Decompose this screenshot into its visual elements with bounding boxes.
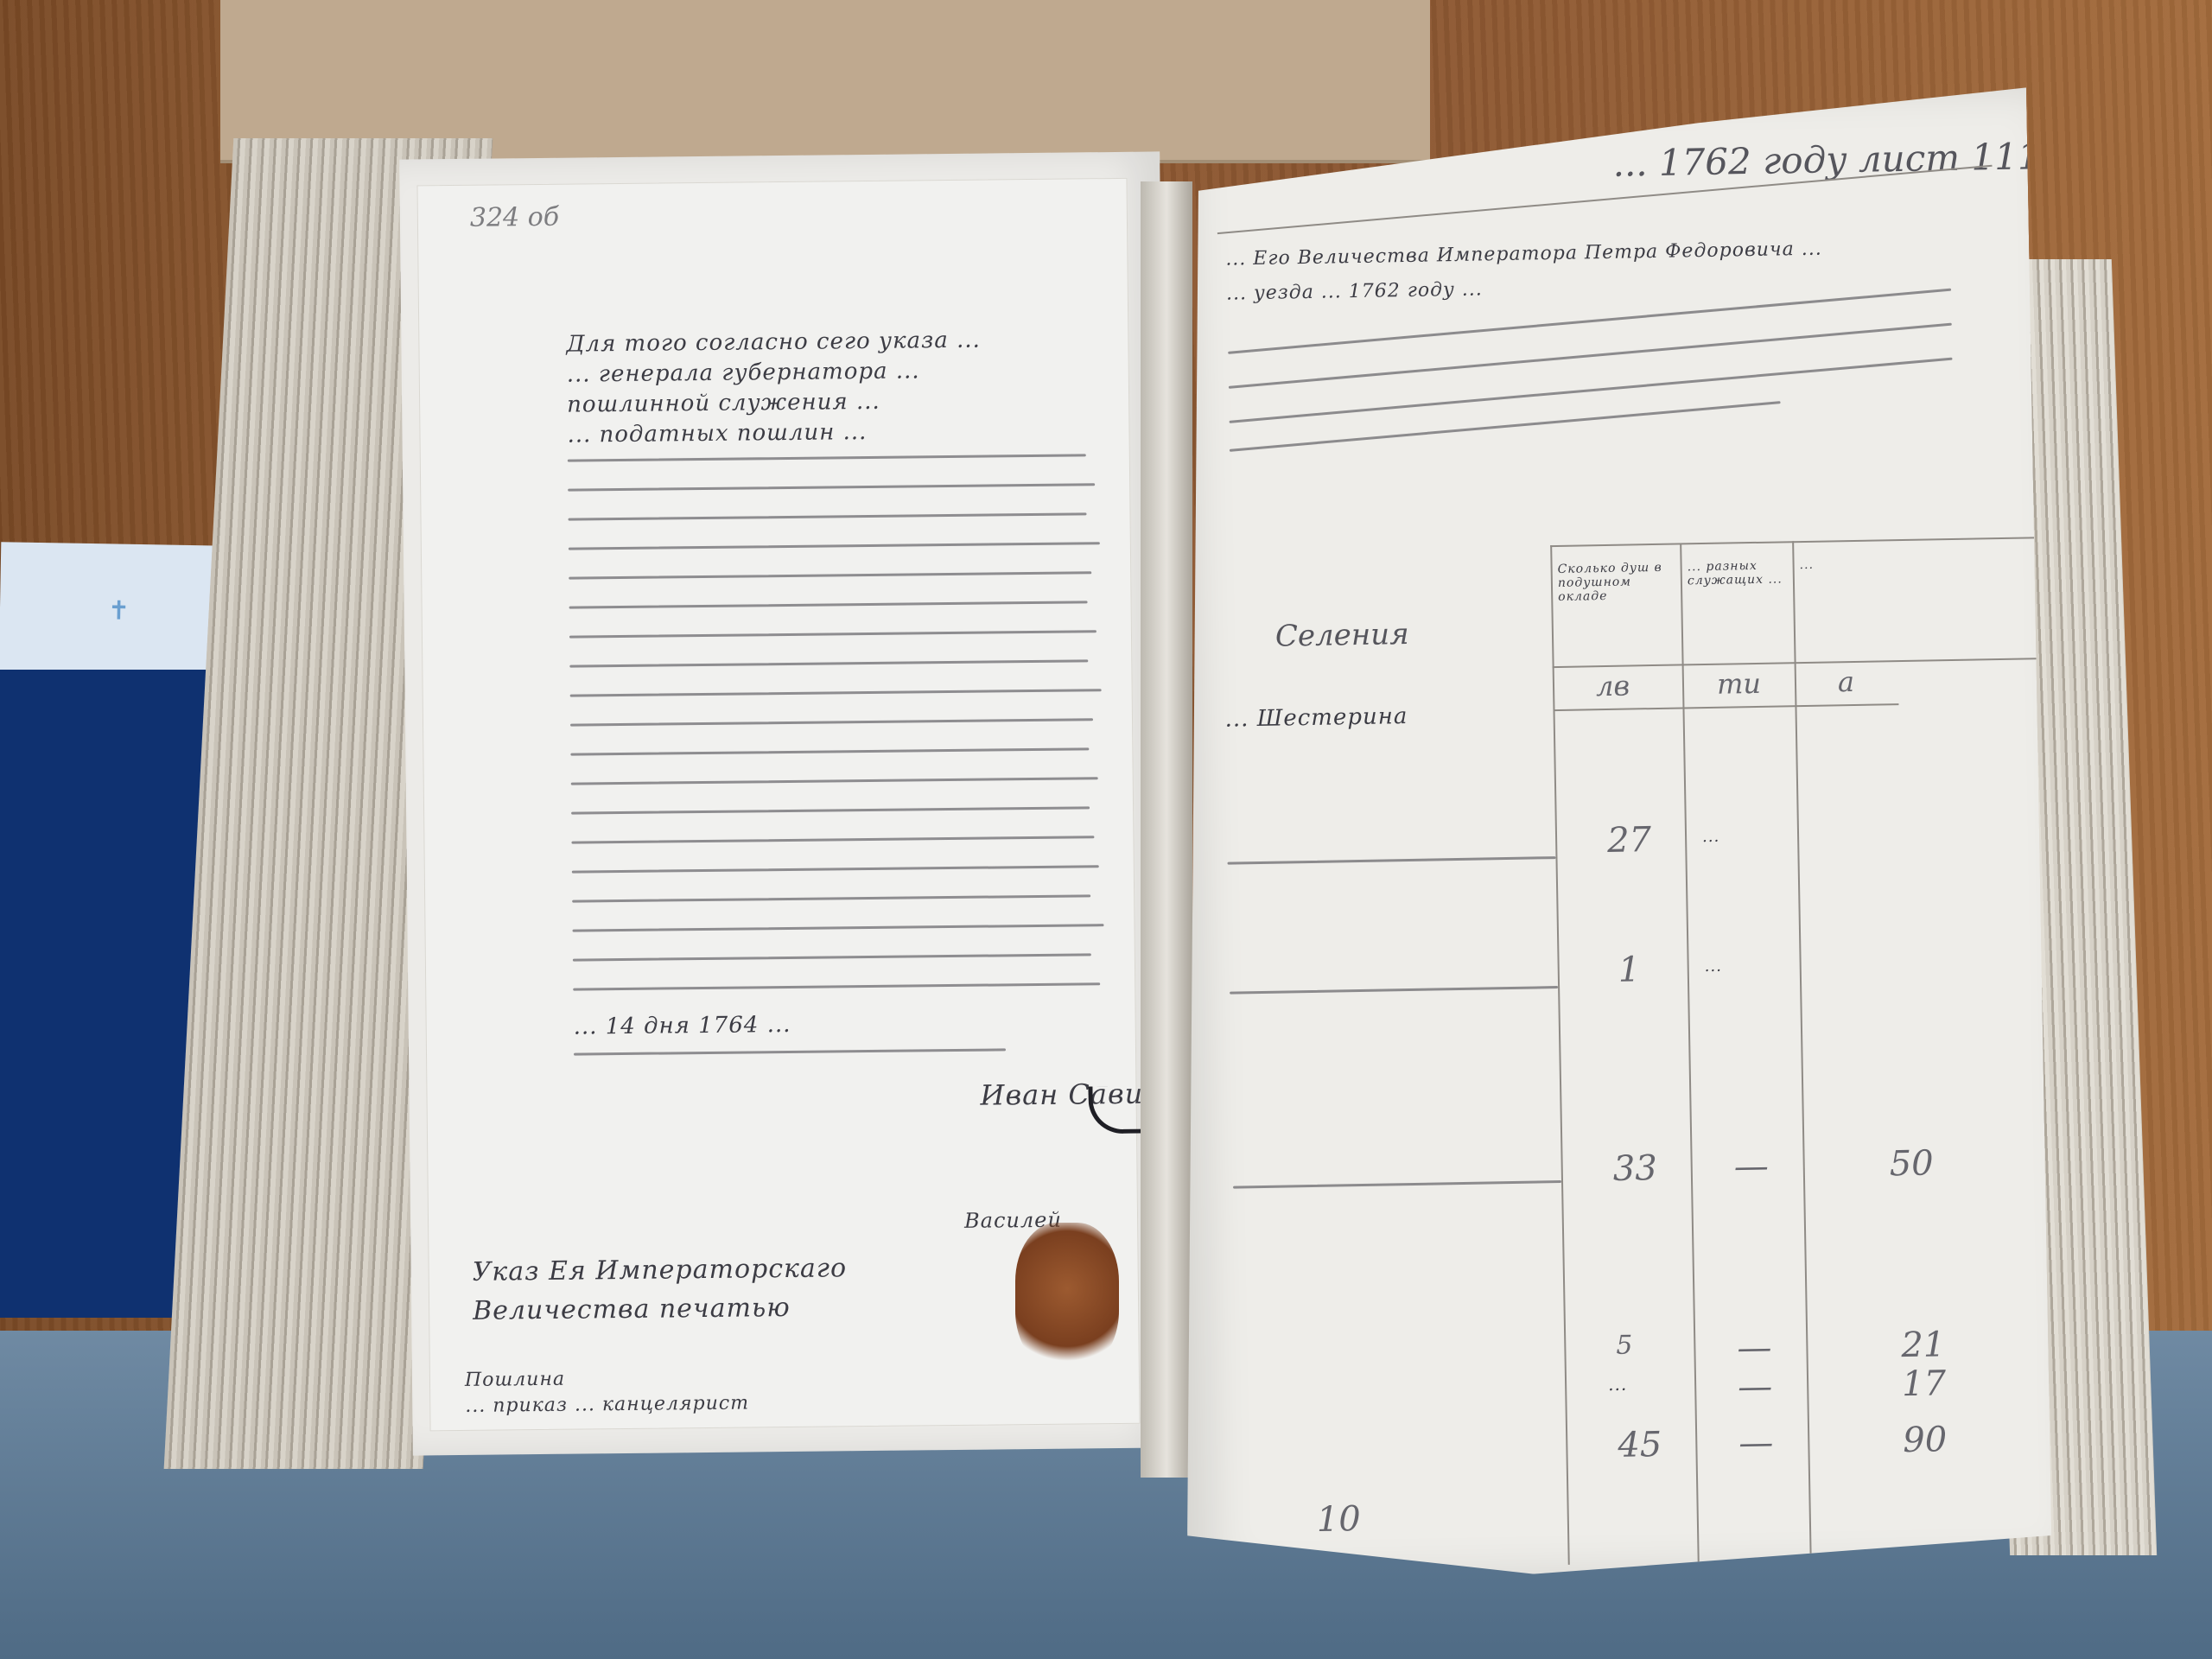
body-line: ... податных пошлин ... — [567, 419, 867, 448]
cell-value: ... — [1705, 957, 1723, 976]
body-line-date: ... 14 дня 1764 ... — [574, 1012, 791, 1040]
handwritten-line — [569, 601, 1088, 608]
table-col-line — [1550, 545, 1570, 1565]
handwritten-line — [572, 865, 1099, 873]
handwritten-line — [1228, 856, 1556, 865]
cell-value: 50 — [1889, 1143, 1934, 1184]
handwritten-line — [572, 894, 1090, 902]
wax-seal-stain — [1015, 1223, 1119, 1370]
handwritten-line — [569, 571, 1091, 579]
cell-value: ... — [1608, 1374, 1627, 1395]
handwritten-line — [1230, 358, 1953, 423]
cell-value: — — [1737, 1328, 1772, 1369]
handwritten-line — [569, 630, 1096, 638]
handwritten-line — [1230, 986, 1558, 995]
signature-flourish — [1088, 1086, 1145, 1135]
body-line: Для того согласно сего указа ... — [566, 327, 981, 358]
handwritten-line — [573, 924, 1104, 931]
bottom-note: 10 — [1316, 1499, 1361, 1540]
cell-value: — — [1738, 1367, 1773, 1408]
closing-line: Указ Ея Императорскаго — [472, 1253, 847, 1287]
handwritten-line — [571, 777, 1098, 785]
handwritten-line — [1233, 1180, 1561, 1189]
cell-value: 33 — [1612, 1148, 1657, 1189]
column-index: лв — [1596, 670, 1630, 703]
cell-value: — — [1733, 1147, 1769, 1187]
body-line: ... генерала губернатора ... — [567, 358, 920, 387]
footer-note: ... приказ ... канцелярист — [465, 1392, 749, 1416]
handwritten-line — [573, 982, 1100, 990]
handwritten-line — [569, 542, 1100, 550]
handwritten-line — [570, 747, 1089, 755]
table-index-rule — [1553, 703, 1898, 711]
cell-value: 21 — [1901, 1325, 1946, 1365]
closing-line: Величества печатью — [473, 1293, 791, 1326]
intro-line: ... Его Величества Императора Петра Федо… — [1225, 238, 1822, 270]
handwritten-line — [571, 806, 1090, 814]
left-page-body: Для того согласно сего указа ... ... ген… — [417, 179, 1126, 187]
handwritten-line — [569, 512, 1087, 520]
cell-value: 5 — [1616, 1331, 1633, 1361]
footer-note: Пошлина — [465, 1369, 565, 1391]
handwritten-line — [568, 483, 1095, 491]
row-label: ... Шестерина — [1224, 703, 1408, 733]
table-col-line — [1792, 541, 1812, 1560]
column-header: Сколько душ в подушном окладе — [1558, 561, 1680, 604]
intro-line: ... уезда ... 1762 году ... — [1226, 278, 1483, 304]
cell-value: — — [1738, 1423, 1774, 1464]
header-rule — [1217, 165, 1993, 234]
cell-value: 27 — [1607, 820, 1652, 861]
book-gutter — [1141, 181, 1192, 1478]
handwritten-line — [571, 836, 1094, 843]
cell-value: ... — [1702, 828, 1720, 846]
handwritten-line — [569, 659, 1088, 667]
photo-scene: ✝ 324 об Для того согласно сего указа ..… — [0, 0, 2212, 1659]
column-index: а — [1838, 665, 1855, 698]
cell-value: 90 — [1903, 1420, 1948, 1460]
handwritten-line — [1230, 401, 1781, 452]
cell-value: 17 — [1902, 1363, 1947, 1404]
handwritten-line — [570, 718, 1093, 726]
handwritten-line — [570, 689, 1102, 696]
handwritten-line — [573, 953, 1091, 961]
handwritten-line — [568, 454, 1086, 461]
cell-value: 1 — [1618, 950, 1640, 989]
column-index: ти — [1717, 667, 1762, 701]
blue-pencil-mark: ✝ — [108, 595, 130, 626]
right-page: ... 1762 году лист 111 ... Его Величеств… — [1162, 87, 2052, 1580]
handwritten-line — [574, 1048, 1006, 1055]
table-title: Селения — [1275, 617, 1409, 654]
page-header: ... 1762 году лист 111 — [1612, 135, 2041, 185]
folio-number: 324 об — [470, 202, 560, 233]
closing-block: Василей Указ Ея Императорскаго Величеств… — [417, 179, 1126, 187]
cell-value: 45 — [1618, 1425, 1662, 1465]
column-header: ... — [1799, 556, 1903, 572]
column-header: ... разных служащих ... — [1687, 558, 1787, 588]
body-line: пошлинной служения ... — [567, 389, 880, 418]
table-col-line — [1680, 543, 1700, 1562]
handwritten-line — [1229, 323, 1952, 389]
